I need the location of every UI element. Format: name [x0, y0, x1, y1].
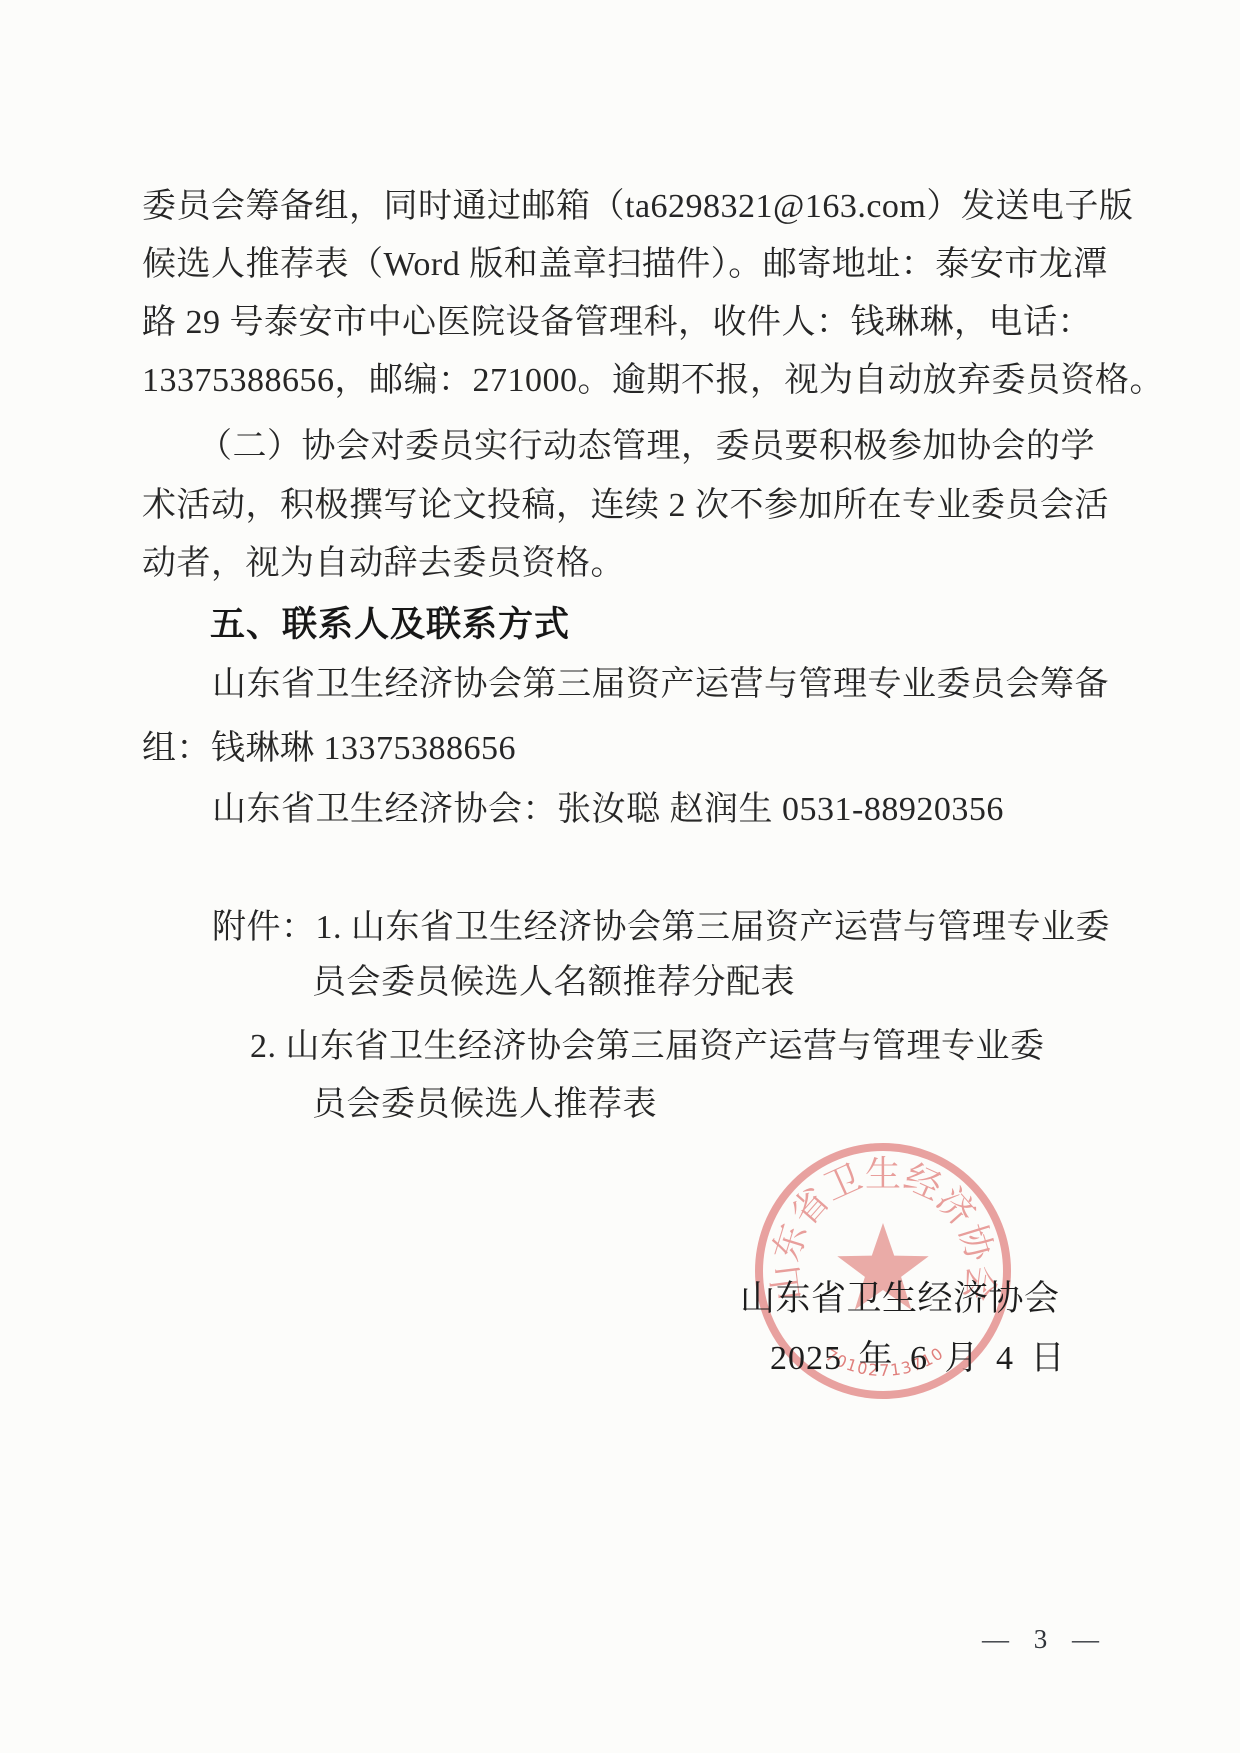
attachment-line-4: 员会委员候选人推荐表 [312, 1086, 657, 1123]
attachment-line-2: 员会委员候选人名额推荐分配表 [312, 964, 795, 1001]
body-text: 委员会筹备组，同时通过邮箱（ta6298321@163.com）发送电子版候选人… [0, 0, 1240, 1753]
body-line-1: 委员会筹备组，同时通过邮箱（ta6298321@163.com）发送电子版 [142, 188, 1133, 225]
body-line-9: 山东省卫生经济协会第三届资产运营与管理专业委员会筹备 [212, 666, 1109, 703]
section-heading-contacts: 五、联系人及联系方式 [210, 606, 570, 645]
body-line-3: 路 29 号泰安市中心医院设备管理科，收件人：钱琳琳，电话： [142, 304, 1092, 341]
body-line-5: （二）协会对委员实行动态管理，委员要积极参加协会的学 [198, 428, 1095, 465]
signature-date: 2025 年 6 月 4 日 [770, 1330, 1066, 1379]
attachment-line-1: 附件：1. 山东省卫生经济协会第三届资产运营与管理专业委 [212, 909, 1110, 946]
document-page: 委员会筹备组，同时通过邮箱（ta6298321@163.com）发送电子版候选人… [0, 0, 1240, 1753]
body-line-11: 山东省卫生经济协会：张汝聪 赵润生 0531-88920356 [212, 791, 1004, 828]
page-number: — 3 — [982, 1624, 1108, 1655]
body-line-6: 术活动，积极撰写论文投稿，连续 2 次不参加所在专业委员会活 [142, 487, 1109, 524]
signature-org: 山东省卫生经济协会 [740, 1271, 1060, 1321]
body-line-10: 组：钱琳琳 13375388656 [142, 730, 516, 767]
body-line-2: 候选人推荐表（Word 版和盖章扫描件）。邮寄地址：泰安市龙潭 [142, 246, 1108, 283]
body-line-7: 动者，视为自动辞去委员资格。 [142, 545, 625, 582]
attachment-line-3: 2. 山东省卫生经济协会第三届资产运营与管理专业委 [250, 1028, 1045, 1065]
body-line-4: 13375388656，邮编：271000。逾期不报，视为自动放弃委员资格。 [142, 362, 1164, 399]
